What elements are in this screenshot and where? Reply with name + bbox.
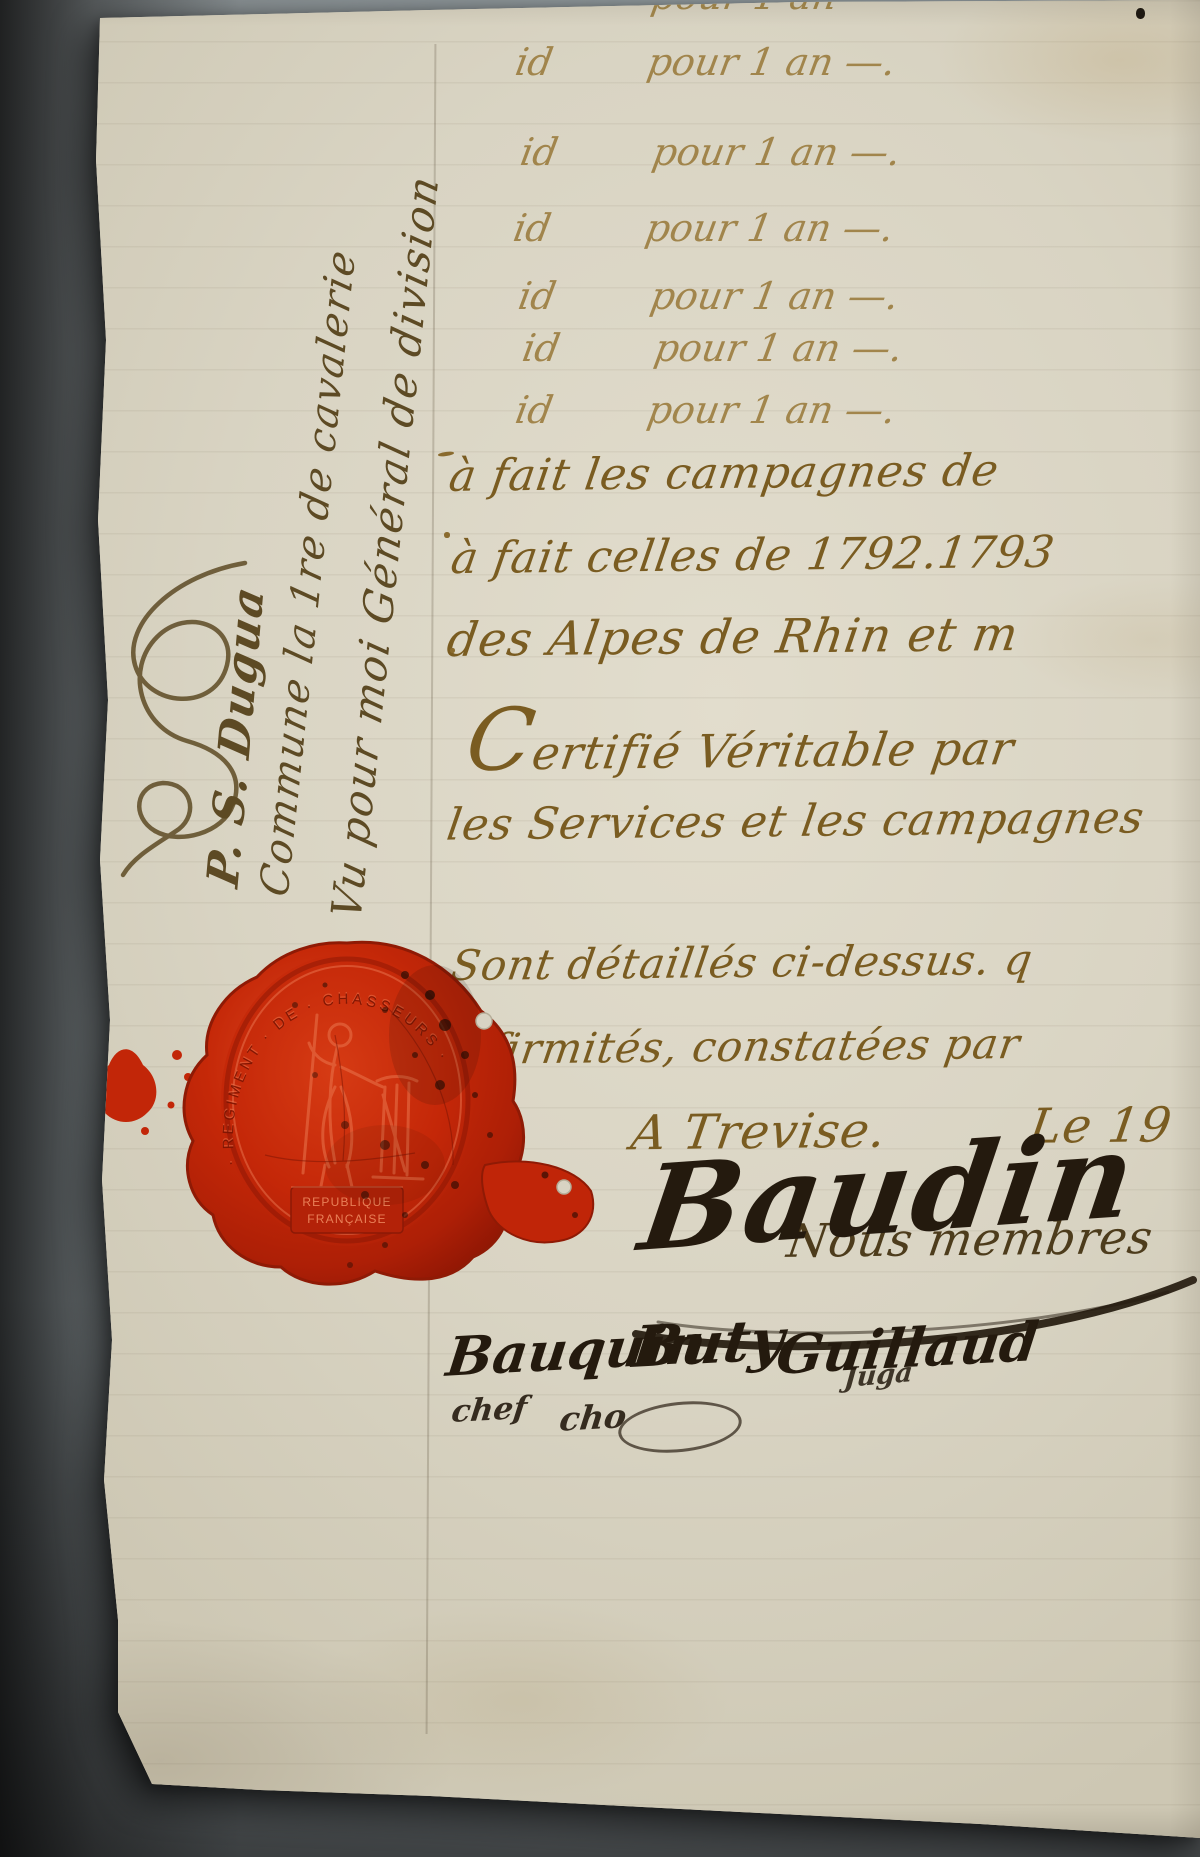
document-paper: pour 1 an id pour 1 an —. id pour 1 an —… [0, 0, 1200, 1857]
paper-edge-shading [0, 0, 1200, 1857]
paper-shadow: pour 1 an id pour 1 an —. id pour 1 an —… [0, 0, 1200, 1857]
photograph: pour 1 an id pour 1 an —. id pour 1 an —… [0, 0, 1200, 1857]
